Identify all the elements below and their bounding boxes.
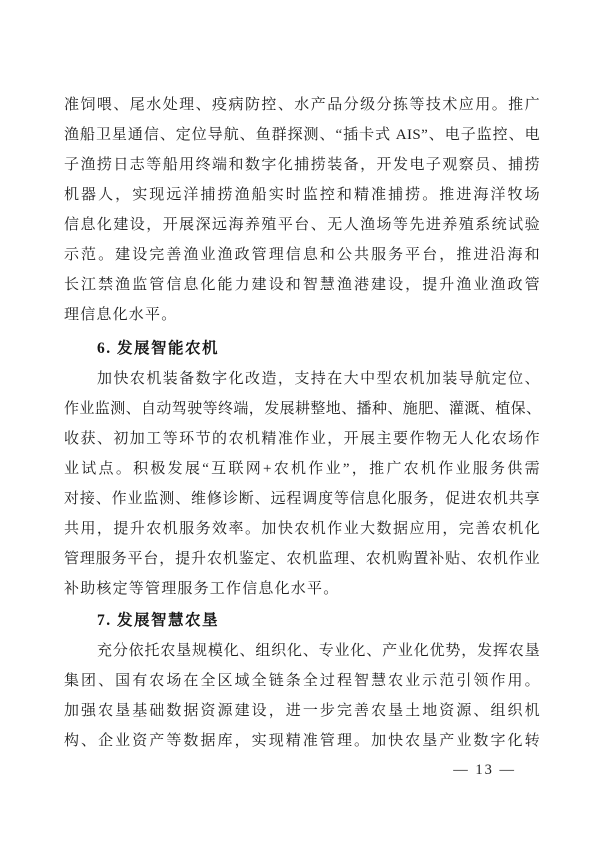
body-text-line: 示范。建设完善渔业渔政管理信息和公共服务平台，推进沿海和: [64, 240, 540, 270]
body-text-line: 信息化建设，开展深远海养殖平台、无人渔场等先进养殖系统试验: [64, 210, 540, 240]
paragraph-smart-state-farms: 充分依托农垦规模化、组织化、专业化、产业化优势，发挥农垦 集团、国有农场在全区域…: [64, 636, 540, 756]
body-text-line: 长江禁渔监管信息化能力建设和智慧渔港建设，提升渔业渔政管: [64, 270, 540, 300]
body-text-line: 渔船卫星通信、定位导航、鱼群探测、“插卡式 AIS”、电子监控、电: [64, 120, 540, 150]
body-text-line: 加快农机装备数字化改造，支持在大中型农机加装导航定位、: [64, 364, 540, 394]
paragraph-smart-machinery: 加快农机装备数字化改造，支持在大中型农机加装导航定位、 作业监测、自动驾驶等终端…: [64, 364, 540, 604]
paragraph-fisheries: 准饲喂、尾水处理、疫病防控、水产品分级分拣等技术应用。推广 渔船卫星通信、定位导…: [64, 90, 540, 330]
body-text-line: 集团、国有农场在全区域全链条全过程智慧农业示范引领作用。: [64, 666, 540, 696]
body-text-line: 准饲喂、尾水处理、疫病防控、水产品分级分拣等技术应用。推广: [64, 90, 540, 120]
page-number: — 13 —: [453, 760, 516, 780]
body-text-line: 机器人，实现远洋捕捞渔船实时监控和精准捕捞。推进海洋牧场: [64, 180, 540, 210]
section-heading-smart-state-farms: 7. 发展智慧农垦: [64, 606, 540, 636]
body-text-line: 管理服务平台，提升农机鉴定、农机监理、农机购置补贴、农机作业: [64, 544, 540, 574]
body-text-line: 加强农垦基础数据资源建设，进一步完善农垦土地资源、组织机: [64, 696, 540, 726]
body-text-line: 子渔捞日志等船用终端和数字化捕捞装备，开发电子观察员、捕捞: [64, 150, 540, 180]
body-text-line: 理信息化水平。: [64, 300, 540, 330]
body-text-line: 构、企业资产等数据库，实现精准管理。加快农垦产业数字化转: [64, 726, 540, 756]
body-text-line: 共用，提升农机服务效率。加快农机作业大数据应用，完善农机化: [64, 514, 540, 544]
body-text-line: 对接、作业监测、维修诊断、远程调度等信息化服务，促进农机共享: [64, 484, 540, 514]
body-text-line: 充分依托农垦规模化、组织化、专业化、产业化优势，发挥农垦: [64, 636, 540, 666]
section-heading-smart-machinery: 6. 发展智能农机: [64, 334, 540, 364]
body-text-line: 补助核定等管理服务工作信息化水平。: [64, 574, 540, 604]
body-text-line: 作业监测、自动驾驶等终端，发展耕整地、播种、施肥、灌溉、植保、: [64, 394, 540, 424]
document-page: 准饲喂、尾水处理、疫病防控、水产品分级分拣等技术应用。推广 渔船卫星通信、定位导…: [0, 0, 600, 848]
body-text-line: 收获、初加工等环节的农机精准作业，开展主要作物无人化农场作: [64, 424, 540, 454]
body-text-line: 业试点。积极发展“互联网+农机作业”，推广农机作业服务供需: [64, 454, 540, 484]
document-text-block: 准饲喂、尾水处理、疫病防控、水产品分级分拣等技术应用。推广 渔船卫星通信、定位导…: [64, 90, 540, 756]
